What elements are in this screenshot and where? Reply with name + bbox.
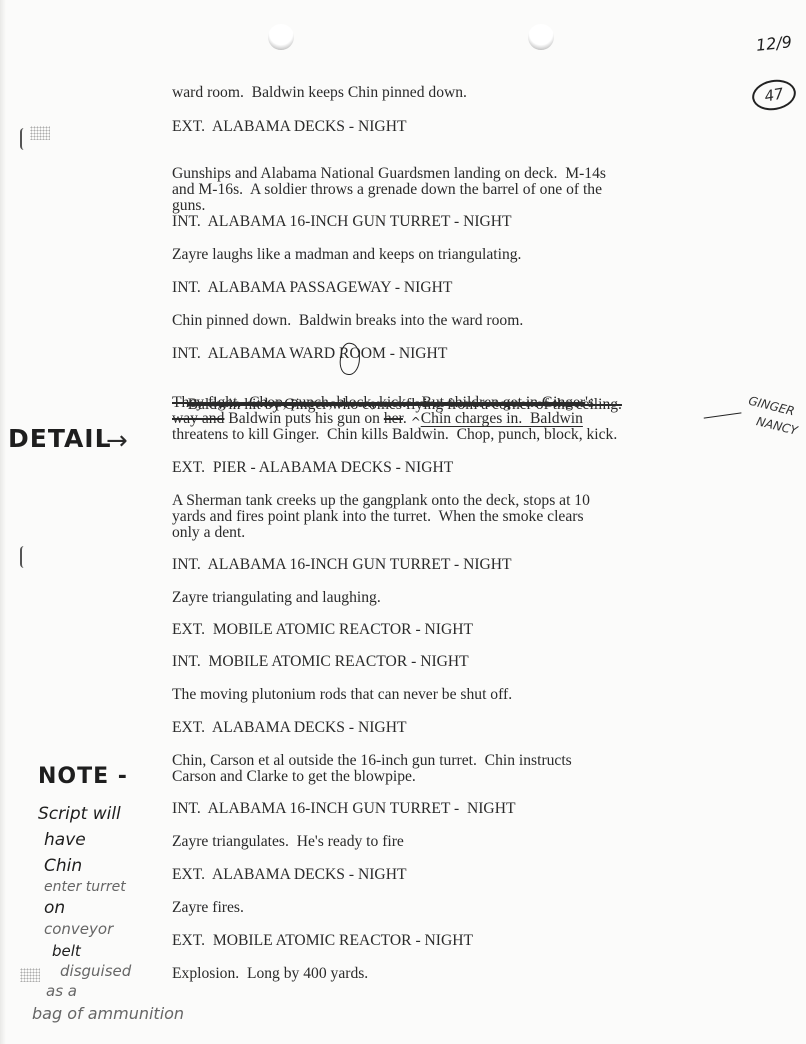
scene-heading: EXT. ALABAMA DECKS - NIGHT (172, 118, 406, 136)
scan-artifact (20, 546, 28, 568)
scene-heading: INT. ALABAMA PASSAGEWAY - NIGHT (172, 279, 452, 297)
action-line: ward room. Baldwin keeps Chin pinned dow… (172, 84, 467, 102)
kept-text: . (403, 410, 411, 427)
action-line: Carson and Clarke to get the blowpipe. (172, 768, 416, 786)
action-line: Zayre triangulating and laughing. (172, 589, 381, 607)
note-line: Chin (44, 858, 82, 875)
struck-word: her (384, 410, 403, 427)
scene-heading: EXT. MOBILE ATOMIC REACTOR - NIGHT (172, 621, 473, 639)
note-line: have (44, 832, 86, 849)
handwritten-edit-line (704, 412, 743, 424)
scene-heading: INT. ALABAMA 16-INCH GUN TURRET - NIGHT (172, 213, 512, 231)
handwritten-page-number: 47 (750, 76, 799, 113)
note-line: Script will (38, 806, 121, 823)
action-line: Explosion. Long by 400 yards. (172, 965, 368, 983)
scan-artifact (20, 128, 28, 150)
kept-text: Baldwin puts his gun on (224, 410, 383, 427)
note-title: NOTE - (38, 766, 128, 788)
scene-heading: INT. ALABAMA WARD ROOM - NIGHT (172, 345, 447, 363)
page-edge (0, 0, 6, 1044)
scene-heading: EXT. ALABAMA DECKS - NIGHT (172, 719, 406, 737)
action-line: only a dent. (172, 524, 245, 542)
punch-hole (268, 24, 294, 50)
struck-text: They fight. Chop, punch, block, kick. Bu… (172, 394, 585, 411)
scene-heading: EXT. MOBILE ATOMIC REACTOR - NIGHT (172, 932, 473, 950)
scene-heading: INT. ALABAMA 16-INCH GUN TURRET - NIGHT (172, 556, 512, 574)
note-line: disguised (60, 964, 131, 979)
note-line: belt (52, 944, 81, 959)
scene-heading: EXT. ALABAMA DECKS - NIGHT (172, 866, 406, 884)
struck-text: way and (172, 410, 224, 427)
handwritten-detail-label: DETAIL (8, 426, 112, 451)
inserted-text: Chin charges in. Baldwin (421, 410, 583, 427)
scene-heading: INT. ALABAMA 16-INCH GUN TURRET - NIGHT (172, 800, 515, 818)
scan-artifact (20, 968, 40, 982)
note-line: bag of ammunition (32, 1006, 184, 1022)
note-line: enter turret (44, 880, 126, 894)
action-line: The moving plutonium rods that can never… (172, 686, 512, 704)
scene-heading: EXT. PIER - ALABAMA DECKS - NIGHT (172, 459, 453, 477)
action-line: and M-16s. A soldier throws a grenade do… (172, 181, 602, 199)
kept-text: 's (585, 394, 594, 411)
punch-hole (528, 24, 554, 50)
handwritten-date: 12/9 (755, 34, 792, 54)
note-line: as a (46, 984, 77, 999)
handwritten-old-name: GINGER (747, 394, 796, 417)
action-line: Zayre fires. (172, 899, 244, 917)
scene-heading: INT. MOBILE ATOMIC REACTOR - NIGHT (172, 653, 469, 671)
action-line: Zayre laughs like a madman and keeps on … (172, 246, 521, 264)
action-line: Chin pinned down. Baldwin breaks into th… (172, 312, 523, 330)
note-line: on (44, 900, 65, 917)
action-line: threatens to kill Ginger. Chin kills Bal… (172, 426, 617, 444)
arrow-right-icon: → (106, 426, 128, 456)
scan-artifact (30, 126, 50, 140)
note-line: conveyor (44, 922, 113, 937)
action-line: Zayre triangulates. He's ready to fire (172, 833, 404, 851)
